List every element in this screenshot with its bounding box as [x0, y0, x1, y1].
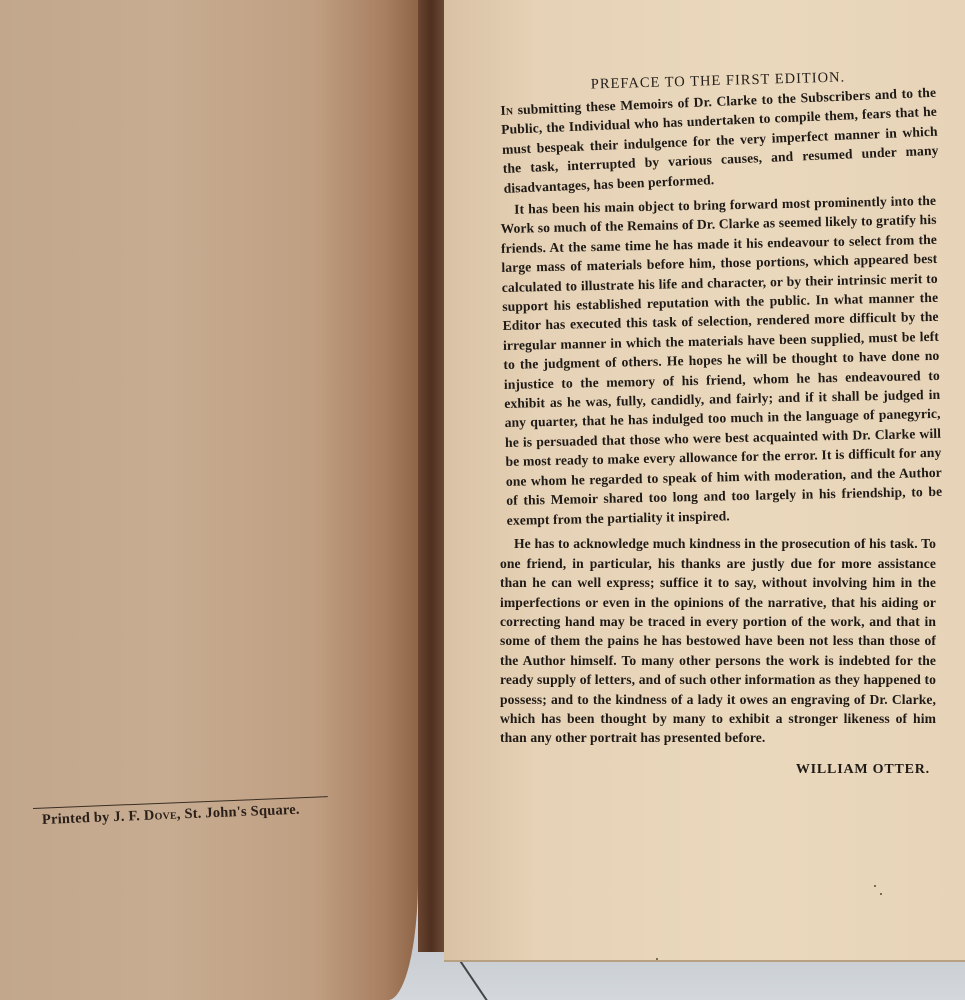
paper-speck: [880, 893, 882, 895]
paper-speck: [874, 885, 876, 887]
paper-speck: [656, 958, 658, 960]
author-signature: WILLIAM OTTER.: [500, 760, 930, 779]
paragraph-lead: In: [500, 103, 513, 119]
left-page: Printed by J. F. Dove, St. John's Square…: [0, 0, 418, 1000]
preface-paragraph-2: It has been his main object to bring for…: [500, 191, 943, 530]
preface-paragraph-1: In submitting these Memoirs of Dr. Clark…: [500, 83, 940, 198]
book-photo: Printed by J. F. Dove, St. John's Square…: [0, 0, 965, 1000]
paragraph-text: submitting these Memoirs of Dr. Clarke t…: [501, 85, 939, 196]
book-gutter: [418, 0, 444, 952]
printer-imprint-name: Dove: [144, 807, 178, 824]
printer-imprint-prefix: Printed by J. F.: [42, 808, 145, 828]
preface-text-block: PREFACE TO THE FIRST EDITION. In submitt…: [500, 72, 936, 779]
preface-paragraph-3: He has to acknowledge much kindness in t…: [500, 534, 936, 747]
right-page: PREFACE TO THE FIRST EDITION. In submitt…: [444, 0, 965, 962]
printer-imprint-suffix: , St. John's Square.: [176, 802, 300, 823]
